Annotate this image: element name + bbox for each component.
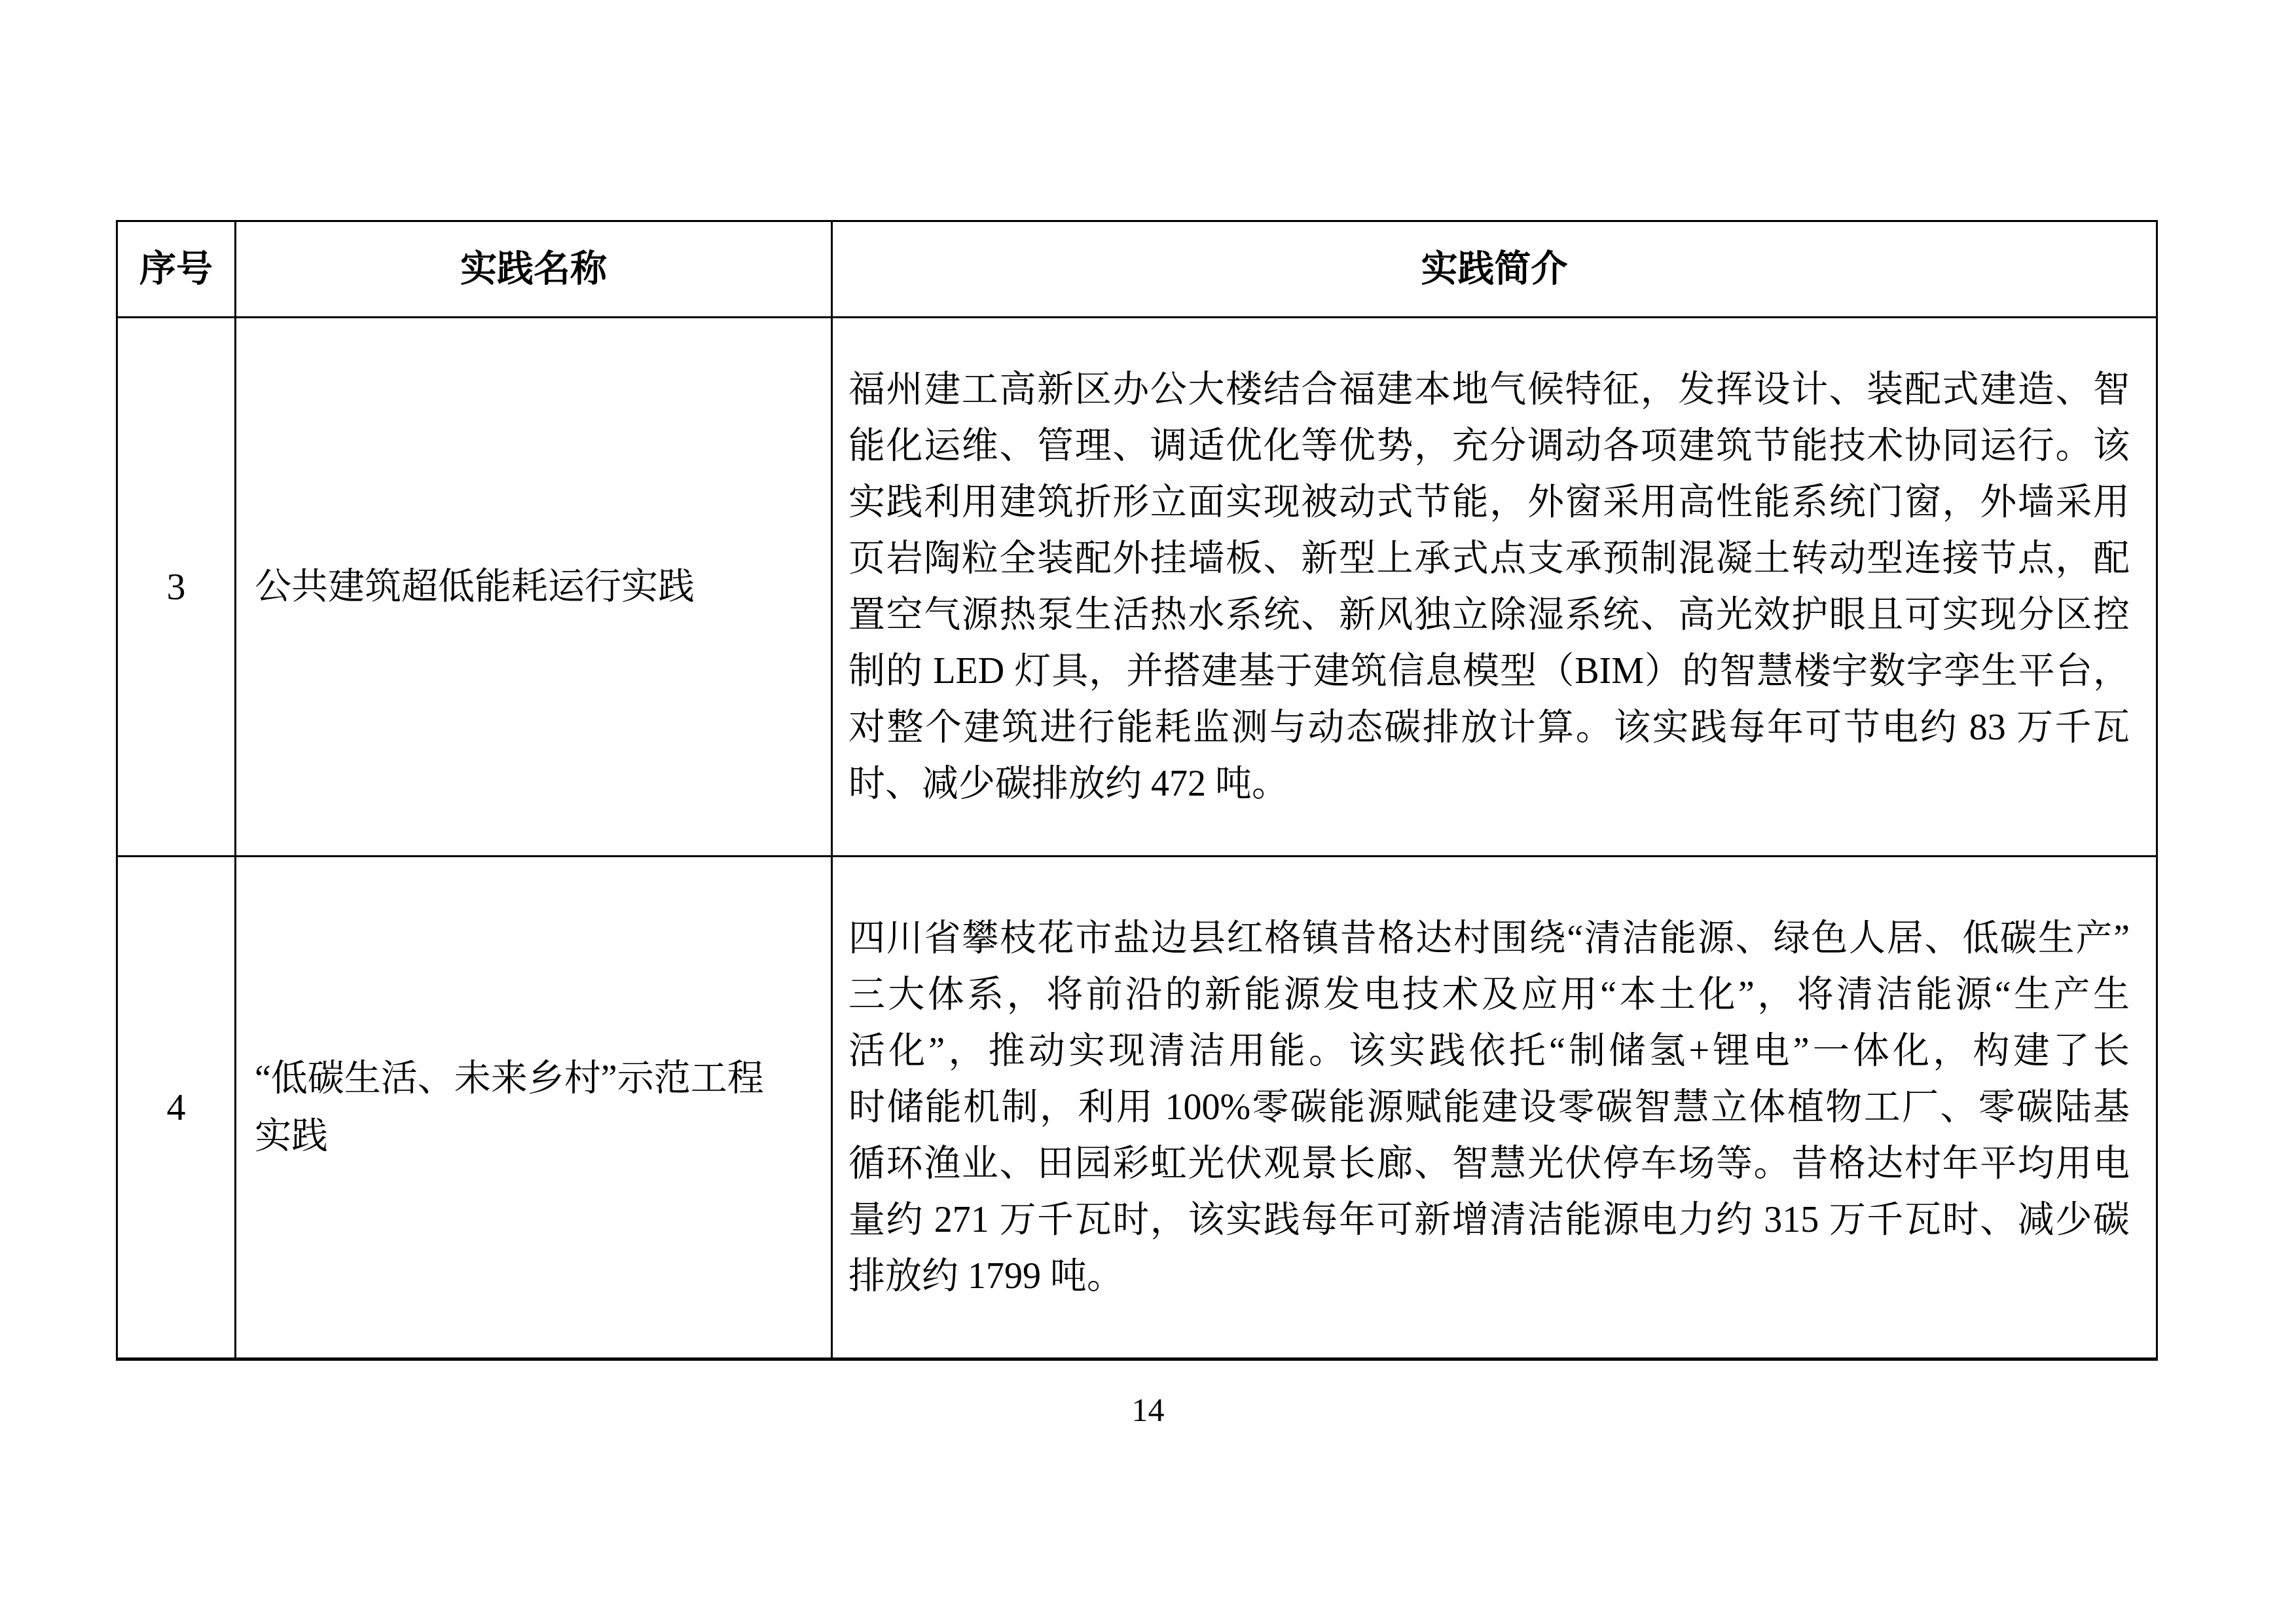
intro-line: 对整个建筑进行能耗监测与动态碳排放计算。该实践每年可节电约 83 万千瓦 <box>848 699 2130 756</box>
row-3-intro-cell: 福州建工高新区办公大楼结合福建本地气候特征，发挥设计、装配式建造、智 能化运维、… <box>833 318 2156 857</box>
row-3-name-cell: 公共建筑超低能耗运行实践 <box>236 318 833 857</box>
header-label-no: 序号 <box>118 251 234 287</box>
row-4-no-cell: 4 <box>118 857 236 1357</box>
intro-line: 时储能机制，利用 100%零碳能源赋能建设零碳智慧立体植物工厂、零碳陆基 <box>848 1079 2130 1135</box>
intro-line: 页岩陶粒全装配外挂墙板、新型上承式点支承预制混凝土转动型连接节点，配 <box>848 530 2130 587</box>
intro-line: 活化”，推动实现清洁用能。该实践依托“制储氢+锂电”一体化，构建了长 <box>848 1023 2130 1079</box>
row-3-number: 3 <box>118 568 234 606</box>
header-label-name: 实践名称 <box>236 251 831 287</box>
row-3-no-cell: 3 <box>118 318 236 857</box>
document-page: { "page": { "number": "14" }, "table": {… <box>0 0 2296 1624</box>
intro-line: 三大体系，将前沿的新能源发电技术及应用“本土化”，将清洁能源“生产生 <box>848 967 2130 1023</box>
intro-line: 排放约 1799 吨。 <box>848 1248 2130 1304</box>
intro-line: 置空气源热泵生活热水系统、新风独立除湿系统、高光效护眼且可实现分区控 <box>848 587 2130 643</box>
practices-table: 序号 实践名称 实践简介 3 公共建筑超低能耗运行实践 福州建工高新区办公大楼结… <box>116 220 2158 1361</box>
header-label-intro: 实践简介 <box>833 251 2156 287</box>
intro-line: 能化运维、管理、调适优化等优势，充分调动各项建筑节能技术协同运行。该 <box>848 418 2130 474</box>
header-cell-intro: 实践简介 <box>833 222 2156 318</box>
intro-line: 循环渔业、田园彩虹光伏观景长廊、智慧光伏停车场等。昔格达村年平均用电 <box>848 1135 2130 1192</box>
row-4-number: 4 <box>118 1088 234 1126</box>
header-cell-name: 实践名称 <box>236 222 833 318</box>
intro-line: 时、减少碳排放约 472 吨。 <box>848 756 2130 812</box>
practice-name-line: 实践 <box>255 1107 818 1165</box>
intro-line: 制的 LED 灯具，并搭建基于建筑信息模型（BIM）的智慧楼宇数字孪生平台， <box>848 643 2130 699</box>
intro-line: 量约 271 万千瓦时，该实践每年可新增清洁能源电力约 315 万千瓦时、减少碳 <box>848 1192 2130 1248</box>
row-4-intro-cell: 四川省攀枝花市盐边县红格镇昔格达村围绕“清洁能源、绿色人居、低碳生产” 三大体系… <box>833 857 2156 1357</box>
practice-name-line: 公共建筑超低能耗运行实践 <box>255 558 818 616</box>
practice-name-line: “低碳生活、未来乡村”示范工程 <box>255 1050 818 1107</box>
intro-line: 福州建工高新区办公大楼结合福建本地气候特征，发挥设计、装配式建造、智 <box>848 361 2130 418</box>
header-cell-no: 序号 <box>118 222 236 318</box>
row-4-name-cell: “低碳生活、未来乡村”示范工程 实践 <box>236 857 833 1357</box>
intro-line: 实践利用建筑折形立面实现被动式节能，外窗采用高性能系统门窗，外墙采用 <box>848 474 2130 530</box>
intro-line: 四川省攀枝花市盐边县红格镇昔格达村围绕“清洁能源、绿色人居、低碳生产” <box>848 910 2130 967</box>
page-number: 14 <box>0 1393 2296 1426</box>
